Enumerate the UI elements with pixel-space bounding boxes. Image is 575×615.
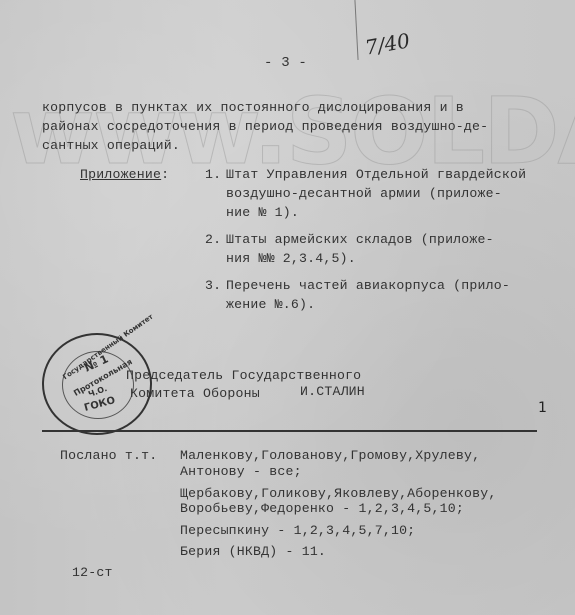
footer-code: 12-ст [72,565,113,580]
body-line: корпусов в пунктах их постоянного дислоц… [42,100,464,115]
distribution-line: Пересыпкину - 1,2,3,4,5,7,10; [180,523,415,538]
distribution-line: Берия (НКВД) - 11. [180,544,326,559]
appendix-item-line: Штаты армейских складов (приложе- [226,232,494,247]
distribution-label: Послано т.т. [60,448,157,463]
distribution-line: Щербакову,Голикову,Яковлеву,Аборенкову, [180,486,496,501]
signature-title-line: Комитета Обороны [130,386,260,401]
appendix-item-line: воздушно-десантной армии (приложе- [226,186,502,201]
page-number: - 3 - [264,55,307,71]
appendix-label-wrap: Приложение: [80,167,169,182]
official-stamp: Государственный Комитет № 1 Протокольная… [42,333,152,435]
appendix-item-line: Перечень частей авиакорпуса (прило- [226,278,510,293]
distribution-line: Воробьеву,Федоренко - 1,2,3,4,5,10; [180,501,464,516]
appendix-item-line: Штат Управления Отдельной гвардейской [226,167,526,182]
appendix-item-number: 2. [205,232,221,247]
appendix-item-line: жение №.6). [226,297,315,312]
signature-name: И.СТАЛИН [300,384,365,399]
body-line: сантных операций. [42,138,180,153]
body-line: районах сосредоточения в период проведен… [42,119,488,134]
document-page: www.SOLDAT.ru 7/40 - 3 - корпусов в пунк… [0,0,575,615]
appendix-item-number: 3. [205,278,221,293]
appendix-label: Приложение [80,167,161,182]
margin-pencil-line [354,0,358,60]
signature-title-line: Председатель Государственного [126,368,361,383]
appendix-item-number: 1. [205,167,221,182]
handwritten-note: 7/40 [363,28,411,59]
distribution-line: Маленкову,Голованову,Громову,Хрулеву, [180,448,480,463]
appendix-item-line: ния №№ 2,3.4,5). [226,251,356,266]
margin-mark: 1 [538,400,547,416]
distribution-line: Антонову - все; [180,464,302,479]
appendix-item-line: ние № 1). [226,205,299,220]
separator-rule [42,430,537,432]
